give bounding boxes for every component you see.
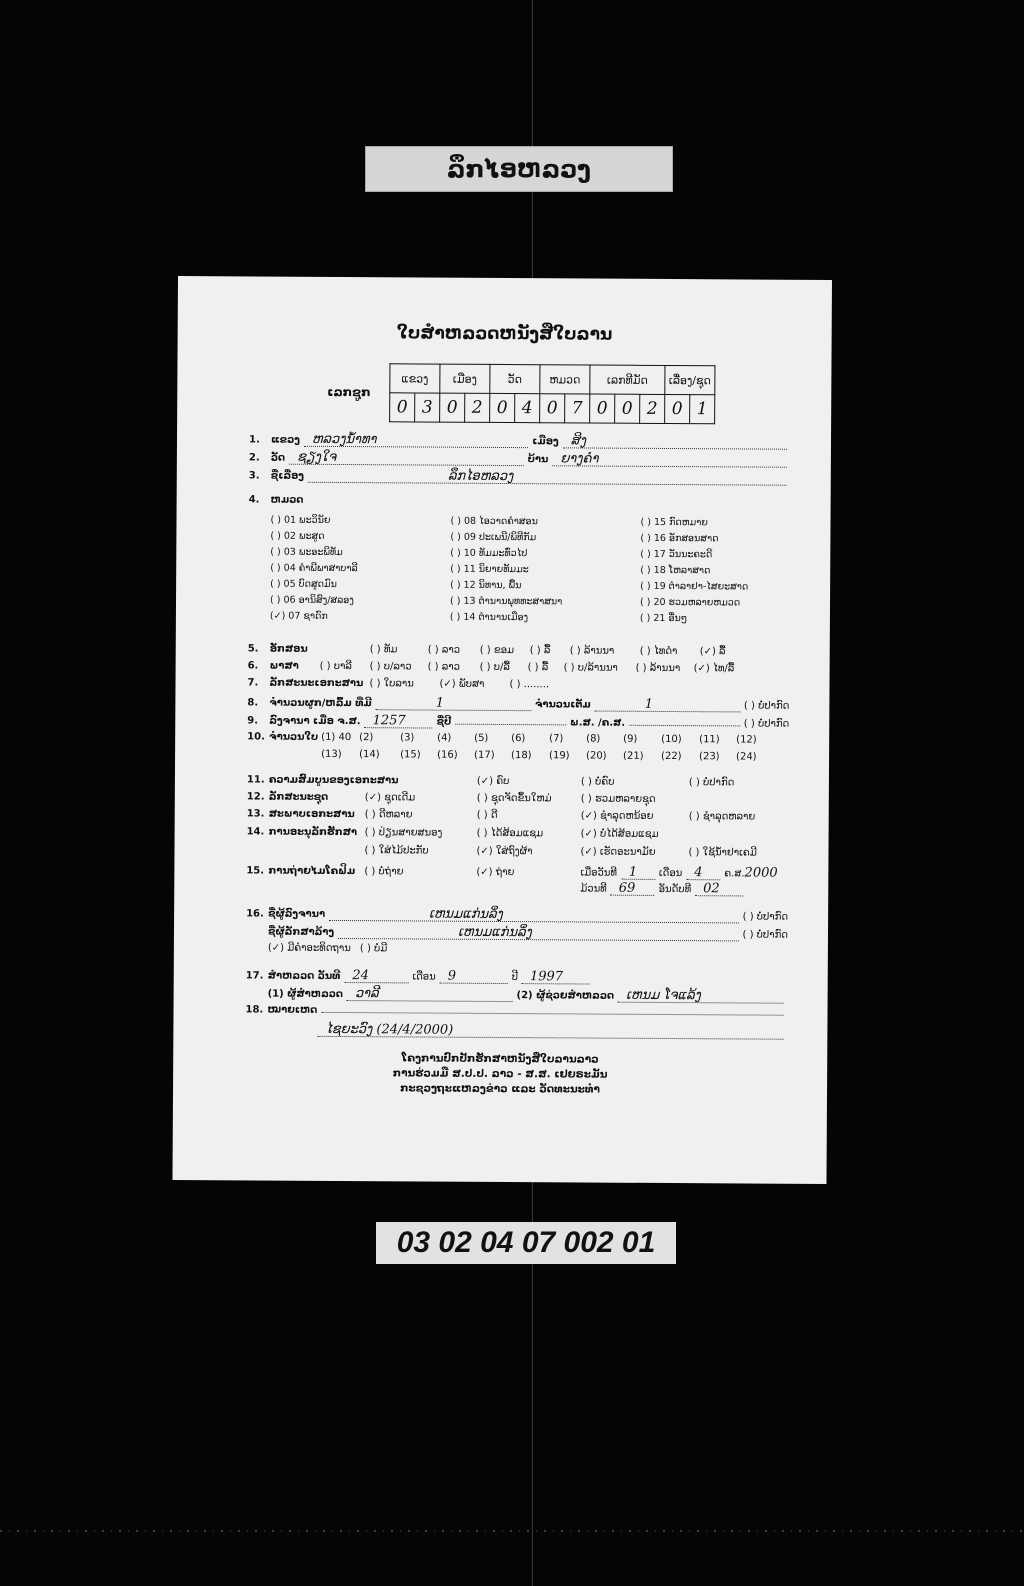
field-label: ໝາຍເຫດ xyxy=(267,1005,317,1016)
code-digit: 0 xyxy=(490,393,515,422)
leaf-count: (23) xyxy=(699,751,736,762)
field-donor-row: 16. ຊື່ຜູ້ລົງຈານາ ເຫນມແກ່ນລິ່ງ ( ) ບໍ່ປາ… xyxy=(246,906,788,923)
script-option: ( ) ທັມ xyxy=(370,644,428,655)
leaf-count: (9) xyxy=(623,734,661,745)
leaf-count: (13) xyxy=(321,749,359,760)
leaf-count: (5) xyxy=(474,733,511,744)
field-surveyors-row: (1) ຜູ້ສຳຫລວດ ວາລີ (2) ຜູ້ຊ່ວຍສຳຫລວດ ເຫນ… xyxy=(268,987,788,1004)
category-option: ( ) 01 ພະວິນັຍ xyxy=(270,515,450,527)
leaf-count: (6) xyxy=(511,733,549,744)
field-label: ຊື່ເລື່ອງ xyxy=(271,471,304,482)
be-ad-value xyxy=(629,725,740,727)
field-prayer-row: (✓) ມີຄຳອະທິດຖານ ( ) ບໍ່ມີ xyxy=(268,943,788,957)
leaf-count: (4) xyxy=(437,733,474,744)
field-label: ຄວາມສົມບູນຂອງເອກະສານ xyxy=(269,775,477,787)
field-remarks-row-2: ໄຊຍະວົງ (24/4/2000) xyxy=(313,1023,787,1040)
field-label: ຈຳນວນໃບ xyxy=(269,732,321,743)
leaf-count: (2) xyxy=(359,732,400,743)
language-option: ( ) ບ/ລ້ານນາ xyxy=(564,662,636,673)
code-digit: 0 xyxy=(665,394,690,423)
leaf-count: (19) xyxy=(549,750,586,761)
form-title: ໃບສຳຫລວດຫນັງສືໃບລານ xyxy=(178,322,832,346)
leaf-count: (20) xyxy=(586,751,623,762)
field-label: ປີ xyxy=(512,972,518,983)
code-label: ເລກຊູກ xyxy=(327,385,370,399)
field-label: ອັນດັບທີ xyxy=(659,884,691,895)
cs-year-value: 1257 xyxy=(365,714,433,728)
microfilm-year: 2000 xyxy=(745,865,778,880)
condition-option: ( ) ດີ xyxy=(477,810,581,822)
field-number: 1. xyxy=(249,434,271,445)
category-option-checked: (✓) 07 ຊາດົກ xyxy=(270,611,450,623)
category-option: ( ) 18 ໂຫລາສາດ xyxy=(640,565,790,577)
field-label: ການອະນຸລັກຮັກສາ xyxy=(269,827,365,839)
field-number: 2. xyxy=(249,452,271,463)
code-digit: 4 xyxy=(515,394,540,423)
completeness-option-checked: (✓) ຄົບ xyxy=(477,776,581,788)
survey-day: 24 xyxy=(344,969,408,983)
script-option: ( ) ຂອມ xyxy=(480,645,530,656)
leaf-count: (12) xyxy=(736,734,757,745)
reel-number: 69 xyxy=(611,882,655,896)
field-condition-row: 13. ສະພາບເອກະສານ ( ) ດີຫລາຍ ( ) ດີ (✓) ຊ… xyxy=(247,808,789,822)
code-digit: 0 xyxy=(590,394,615,423)
category-option: ( ) 10 ທັມມະທົ່ວໄປ xyxy=(450,548,640,560)
field-set-type-row: 12. ລັກສະນະຊຸດ (✓) ຊຸດເດີມ ( ) ຊຸດຈັດຂຶ້… xyxy=(247,791,789,805)
field-number: 6. xyxy=(248,660,270,671)
footer-line: ກະຊວງຖະແຫລງຂ່າວ ແລະ ວັດທະນະທຳ xyxy=(173,1080,827,1099)
remarks-line xyxy=(321,1012,783,1016)
microfilm-option-checked: (✓) ຖ່າຍ xyxy=(476,867,580,879)
field-label: ຈຳນວນຜູກ/ຫລົ້ມ ທີ່ມີ xyxy=(269,698,371,710)
year-name-value xyxy=(455,724,566,726)
form-footer: ໂຄງການປົກປັກຮັກສາຫນັງສືໃບລານລາວ ການຮ່ວມມ… xyxy=(173,1050,827,1099)
field-label: ຫມວດ xyxy=(271,495,304,506)
field-label: ລັກສະນະຊຸດ xyxy=(269,792,365,804)
field-microfilm-reel-row: ມ້ວນທີ 69 ອັນດັບທີ 02 xyxy=(580,881,788,896)
field-number: 11. xyxy=(247,774,269,785)
field-scribe-row: ຊື່ຜູ້ລັກສາລ້າງ ເຫນມແກ່ນລິ່ງ ( ) ບໍ່ປາກົ… xyxy=(268,925,788,942)
field-number: 14. xyxy=(247,826,269,837)
manuscript-title-label: ລຶກໄອຫລວງ xyxy=(365,146,673,192)
code-digit: 2 xyxy=(465,393,490,422)
unknown-option: ( ) ບໍ່ປາກົດ xyxy=(742,929,788,940)
field-label: ເດືອນ xyxy=(412,971,435,982)
code-digit: 1 xyxy=(690,395,715,424)
leaf-count: (18) xyxy=(511,750,549,761)
category-options: ( ) 01 ພະວິນັຍ ( ) 08 ໄອວາດຄຳສອນ ( ) 15 … xyxy=(270,515,791,625)
survey-form-sheet: ໃບສຳຫລວດຫນັງສືໃບລານ ເລກຊູກ ແຂວງ ເມືອງ ວັ… xyxy=(172,276,832,1184)
field-remarks-row: 18. ໝາຍເຫດ xyxy=(245,1004,787,1018)
language-option: ( ) ບາລີ xyxy=(320,661,370,672)
leaf-count: (11) xyxy=(699,734,736,745)
code-header: ຫມວດ xyxy=(540,365,590,394)
field-label: ຊື່ຜູ້ລັກສາລ້າງ xyxy=(268,927,334,938)
survey-month: 9 xyxy=(440,970,508,984)
unknown-option: ( ) ບໍ່ປາກົດ xyxy=(744,718,790,729)
leaf-count: (15) xyxy=(400,749,437,760)
field-number: 12. xyxy=(247,791,269,802)
field-label: ອັກສອນ xyxy=(270,644,370,656)
scan-edge-noise xyxy=(0,1530,1024,1532)
set-type-option: ( ) ຮວມຫລາຍຊຸດ xyxy=(581,793,656,804)
script-option: ( ) ໄທດຳ xyxy=(640,646,700,657)
set-type-option-checked: (✓) ຊຸດເດີມ xyxy=(365,792,477,804)
field-province-row: 1. ແຂວງ ຫລວງນ້ຳທາ ເມືອງ ສິງ xyxy=(249,432,791,449)
field-date-written-row: 9. ລົງຈານາ ເມື່ອ ຈ.ສ. 1257 ຊື່ປີ ພ.ສ. /ຄ… xyxy=(247,713,789,730)
completeness-option: ( ) ບໍ່ປາກົດ xyxy=(689,777,735,788)
set-type-option: ( ) ຊຸດຈັດຂຶ້ນໃຫມ່ xyxy=(477,793,581,805)
category-option: ( ) 15 ກົດຫມາຍ xyxy=(640,517,790,529)
preservation-option: ( ) ໄດ້ສ້ອມແຊມ xyxy=(477,828,581,840)
field-label: ລັກສະນະເອກະສານ xyxy=(269,678,369,690)
code-digit: 7 xyxy=(565,394,590,423)
field-label: ພ.ສ. /ຄ.ສ. xyxy=(570,717,625,728)
field-format-row: 7. ລັກສະນະເອກະສານ ( ) ໃບລານ (✓) ພັບສາ ( … xyxy=(247,677,789,691)
language-option: ( ) ລ້ານນາ xyxy=(636,663,694,674)
code-table: ແຂວງ ເມືອງ ວັດ ຫມວດ ເລກທີມັດ ເລື່ອງ/ຊຸດ … xyxy=(389,363,715,424)
category-option: ( ) 14 ຕຳນານເມືອງ xyxy=(450,612,640,624)
field-microfilm-row: 15. ການຖ່າຍໄມໂຄຟິມ ( ) ບໍ່ຖ່າຍ (✓) ຖ່າຍ … xyxy=(246,862,788,880)
field-label: (1) ຜູ້ສຳຫລວດ xyxy=(268,989,343,1000)
bundles-value: 1 xyxy=(376,696,531,711)
field-number: 3. xyxy=(249,470,271,481)
field-preservation-row-2: ( ) ໃສ່ໄມ້ປະກັບ (✓) ໃສ່ຖົງຜ້າ (✓) ເຮັດອະ… xyxy=(364,845,788,859)
category-option: ( ) 02 ພະສູດ xyxy=(270,531,450,543)
leaf-count: (16) xyxy=(437,750,474,761)
preservation-option: ( ) ປ່ຽນສາຍສນອງ xyxy=(365,827,477,839)
donor-value: ເຫນມແກ່ນລິ່ງ xyxy=(329,907,739,924)
remarks-value: ໄຊຍະວົງ (24/4/2000) xyxy=(317,1023,783,1040)
condition-option: ( ) ດີຫລາຍ xyxy=(365,809,477,821)
language-option-checked: (✓) ໄທ/ລື້ xyxy=(694,663,735,674)
field-label: ຊື່ຜູ້ລົງຈານາ xyxy=(268,909,325,920)
leaf-count: (24) xyxy=(736,751,757,762)
field-number: 7. xyxy=(247,677,269,688)
field-category-row: 4. ຫມວດ xyxy=(249,494,791,508)
field-number: 5. xyxy=(248,643,270,654)
preservation-option: ( ) ໃສ່ໄມ້ປະກັບ xyxy=(364,845,476,857)
field-label: ສຳຫລວດ ວັນທີ xyxy=(268,971,341,982)
surveyor-value: ວາລີ xyxy=(347,987,513,1002)
format-option-checked: (✓) ພັບສາ xyxy=(439,679,509,690)
category-option: ( ) 04 ຄຳພີພາສາບາລີ xyxy=(270,563,450,575)
unknown-option: ( ) ບໍ່ປາກົດ xyxy=(744,700,790,711)
code-digit: 2 xyxy=(640,394,665,423)
leaf-count: (14) xyxy=(359,749,400,760)
leaf-count: (21) xyxy=(623,751,661,762)
field-preservation-row: 14. ການອະນຸລັກຮັກສາ ( ) ປ່ຽນສາຍສນອງ ( ) … xyxy=(247,826,789,840)
survey-year: 1997 xyxy=(522,970,590,984)
microfilm-day: 1 xyxy=(621,866,655,880)
field-language-row: 6. ພາສາ ( ) ບາລີ ( ) ບ/ລາວ ( ) ລາວ ( ) ບ… xyxy=(248,660,790,674)
field-number: 8. xyxy=(247,697,269,708)
code-digit: 0 xyxy=(615,394,640,423)
language-option: ( ) ລື້ xyxy=(528,662,564,673)
field-label: ເມືອງ xyxy=(532,436,559,447)
field-label: (2) ຜູ້ຊ່ວຍສຳຫລວດ xyxy=(516,990,614,1002)
leaf-count: (3) xyxy=(400,732,437,743)
code-digit: 0 xyxy=(390,393,415,422)
title-value: ລຶກໄອຫລວງ xyxy=(308,469,787,486)
microfilm-month: 4 xyxy=(686,866,720,880)
leaf-count: (7) xyxy=(549,733,586,744)
field-temple-row: 2. ວັດ ຊຽງໃຈ ບ້ານ ຍາງຄຳ xyxy=(249,450,791,467)
category-option: ( ) 12 ນິທານ, ພື້ນ xyxy=(450,580,640,592)
preservation-option-checked: (✓) ບໍ່ໄດ້ສ້ອມແຊມ xyxy=(581,828,659,839)
category-option: ( ) 06 ອານິສົງ/ສລອງ xyxy=(270,595,450,607)
preservation-option-checked: (✓) ໃສ່ຖົງຜ້າ xyxy=(476,846,580,858)
leaf-count: (8) xyxy=(586,734,623,745)
field-leaves-row: 10. ຈຳນວນໃບ (1) 40 (2) (3) (4) (5) (6) (… xyxy=(247,731,789,745)
field-label: ການຖ່າຍໄມໂຄຟິມ xyxy=(268,866,364,878)
assistant-surveyor-value: ເຫນມ ໂຈແລ້ງ xyxy=(618,989,784,1004)
field-number: 16. xyxy=(246,908,268,919)
unknown-option: ( ) ບໍ່ປາກົດ xyxy=(743,911,789,922)
code-digit: 0 xyxy=(440,393,465,422)
condition-option-checked: (✓) ຊຳລຸດຫນ້ອຍ xyxy=(581,810,689,822)
code-header: ເມືອງ xyxy=(440,364,490,393)
category-option: ( ) 13 ຕຳນານພຸທທະສາສນາ xyxy=(450,596,640,608)
prayer-option: ( ) ບໍ່ມີ xyxy=(360,943,388,954)
category-option: ( ) 16 ອັກສອນສາດ xyxy=(640,533,790,545)
microfilm-option: ( ) ບໍ່ຖ່າຍ xyxy=(364,866,476,878)
format-option: ( ) ໃບລານ xyxy=(369,678,439,689)
completeness-option: ( ) ບໍ່ຄົບ xyxy=(581,776,689,788)
condition-option: ( ) ຊຳລຸດຫລາຍ xyxy=(689,811,756,822)
category-option: ( ) 05 ບົດສູດມົນ xyxy=(270,579,450,591)
field-leaves-row-2: (13) (14) (15) (16) (17) (18) (19) (20) … xyxy=(321,749,789,763)
field-label: ບ້ານ xyxy=(528,454,549,465)
field-label: ລົງຈານາ ເມື່ອ ຈ.ສ. xyxy=(269,716,360,728)
category-option: ( ) 03 ພະອະພິທັມ xyxy=(270,547,450,559)
leaf-count: (1) 40 xyxy=(321,732,359,743)
field-number: 13. xyxy=(247,808,269,819)
field-number: 17. xyxy=(246,970,268,981)
language-option: ( ) ບ/ລື້ xyxy=(480,662,528,673)
field-number: 18. xyxy=(245,1004,267,1015)
field-label: ວັດ xyxy=(271,453,285,464)
field-label: ເດືອນ xyxy=(659,868,682,879)
catalog-number-label: 03 02 04 07 002 01 xyxy=(376,1222,676,1264)
category-option: ( ) 09 ປະເພນີ/ພິທີກັມ xyxy=(450,532,640,544)
code-digit: 3 xyxy=(415,393,440,422)
field-label: ເມື່ອວັນທີ xyxy=(580,867,617,878)
preservation-option-checked: (✓) ເຮັດອະນາມັຍ xyxy=(580,846,688,858)
script-option: ( ) ລື້ xyxy=(530,645,570,656)
field-number: 15. xyxy=(246,865,268,876)
field-script-row: 5. ອັກສອນ ( ) ທັມ ( ) ລາວ ( ) ຂອມ ( ) ລື… xyxy=(248,643,790,657)
field-number: 4. xyxy=(249,494,271,505)
field-label: ແຂວງ xyxy=(271,435,300,446)
order-number: 02 xyxy=(695,882,743,896)
field-label: ມ້ວນທີ xyxy=(580,883,607,894)
field-number: 9. xyxy=(247,715,269,726)
field-label: ສະພາບເອກະສານ xyxy=(269,809,365,821)
category-option: ( ) 17 ວັນນະຄະດີ xyxy=(640,549,790,561)
village-value: ຍາງຄຳ xyxy=(552,452,787,467)
script-option: ( ) ລ້ານນາ xyxy=(570,645,640,656)
temple-value: ຊຽງໃຈ xyxy=(289,451,524,466)
code-header: ເລື່ອງ/ຊຸດ xyxy=(665,365,715,394)
leaf-count: (22) xyxy=(661,751,699,762)
field-completeness-row: 11. ຄວາມສົມບູນຂອງເອກະສານ (✓) ຄົບ ( ) ບໍ່… xyxy=(247,774,789,788)
script-option: ( ) ລາວ xyxy=(428,645,480,656)
preservation-option: ( ) ໃຊ້ນ້ຳຢາເຄມີ xyxy=(688,847,756,858)
language-option: ( ) ລາວ xyxy=(428,662,480,673)
field-label: ຈຳນວນເຕັມ xyxy=(535,699,591,710)
code-header: ແຂວງ xyxy=(390,364,440,393)
scribe-value: ເຫນມແກ່ນລິ່ງ xyxy=(338,925,739,941)
field-label: ພາສາ xyxy=(270,661,320,672)
field-number: 10. xyxy=(247,731,269,742)
category-option: ( ) 11 ນິຍາຍທັມມະ xyxy=(450,564,640,576)
prayer-option-checked: (✓) ມີຄຳອະທິດຖານ xyxy=(268,943,360,955)
category-option: ( ) 19 ຕຳລາຢາ-ໄສຍະສາດ xyxy=(640,581,790,593)
code-header: ເລກທີມັດ xyxy=(590,365,665,394)
district-value: ສິງ xyxy=(563,434,787,449)
province-value: ຫລວງນ້ຳທາ xyxy=(304,433,528,448)
field-label: ຄ.ສ. xyxy=(724,868,744,879)
leaf-count: (17) xyxy=(474,750,511,761)
code-header: ວັດ xyxy=(490,364,540,393)
field-survey-date-row: 17. ສຳຫລວດ ວັນທີ 24 ເດືອນ 9 ປີ 1997 xyxy=(246,968,788,985)
field-title-row: 3. ຊື່ເລື່ອງ ລຶກໄອຫລວງ xyxy=(249,468,791,485)
field-label: ຊື່ປີ xyxy=(437,717,452,728)
language-option: ( ) ບ/ລາວ xyxy=(370,661,428,672)
format-option: ( ) ........ xyxy=(509,679,549,690)
leaf-count: (10) xyxy=(661,734,699,745)
field-bundles-row: 8. ຈຳນວນຜູກ/ຫລົ້ມ ທີ່ມີ 1 ຈຳນວນເຕັມ 1 ( … xyxy=(247,695,789,712)
full-count-value: 1 xyxy=(595,698,740,713)
script-option-checked: (✓) ລື້ xyxy=(700,646,726,657)
category-option: ( ) 08 ໄອວາດຄຳສອນ xyxy=(450,516,640,528)
code-digit: 0 xyxy=(540,394,565,423)
category-option: ( ) 20 ຮວມຫລາຍຫມວດ xyxy=(640,597,790,609)
category-option: ( ) 21 ອື່ນໆ xyxy=(640,613,790,625)
